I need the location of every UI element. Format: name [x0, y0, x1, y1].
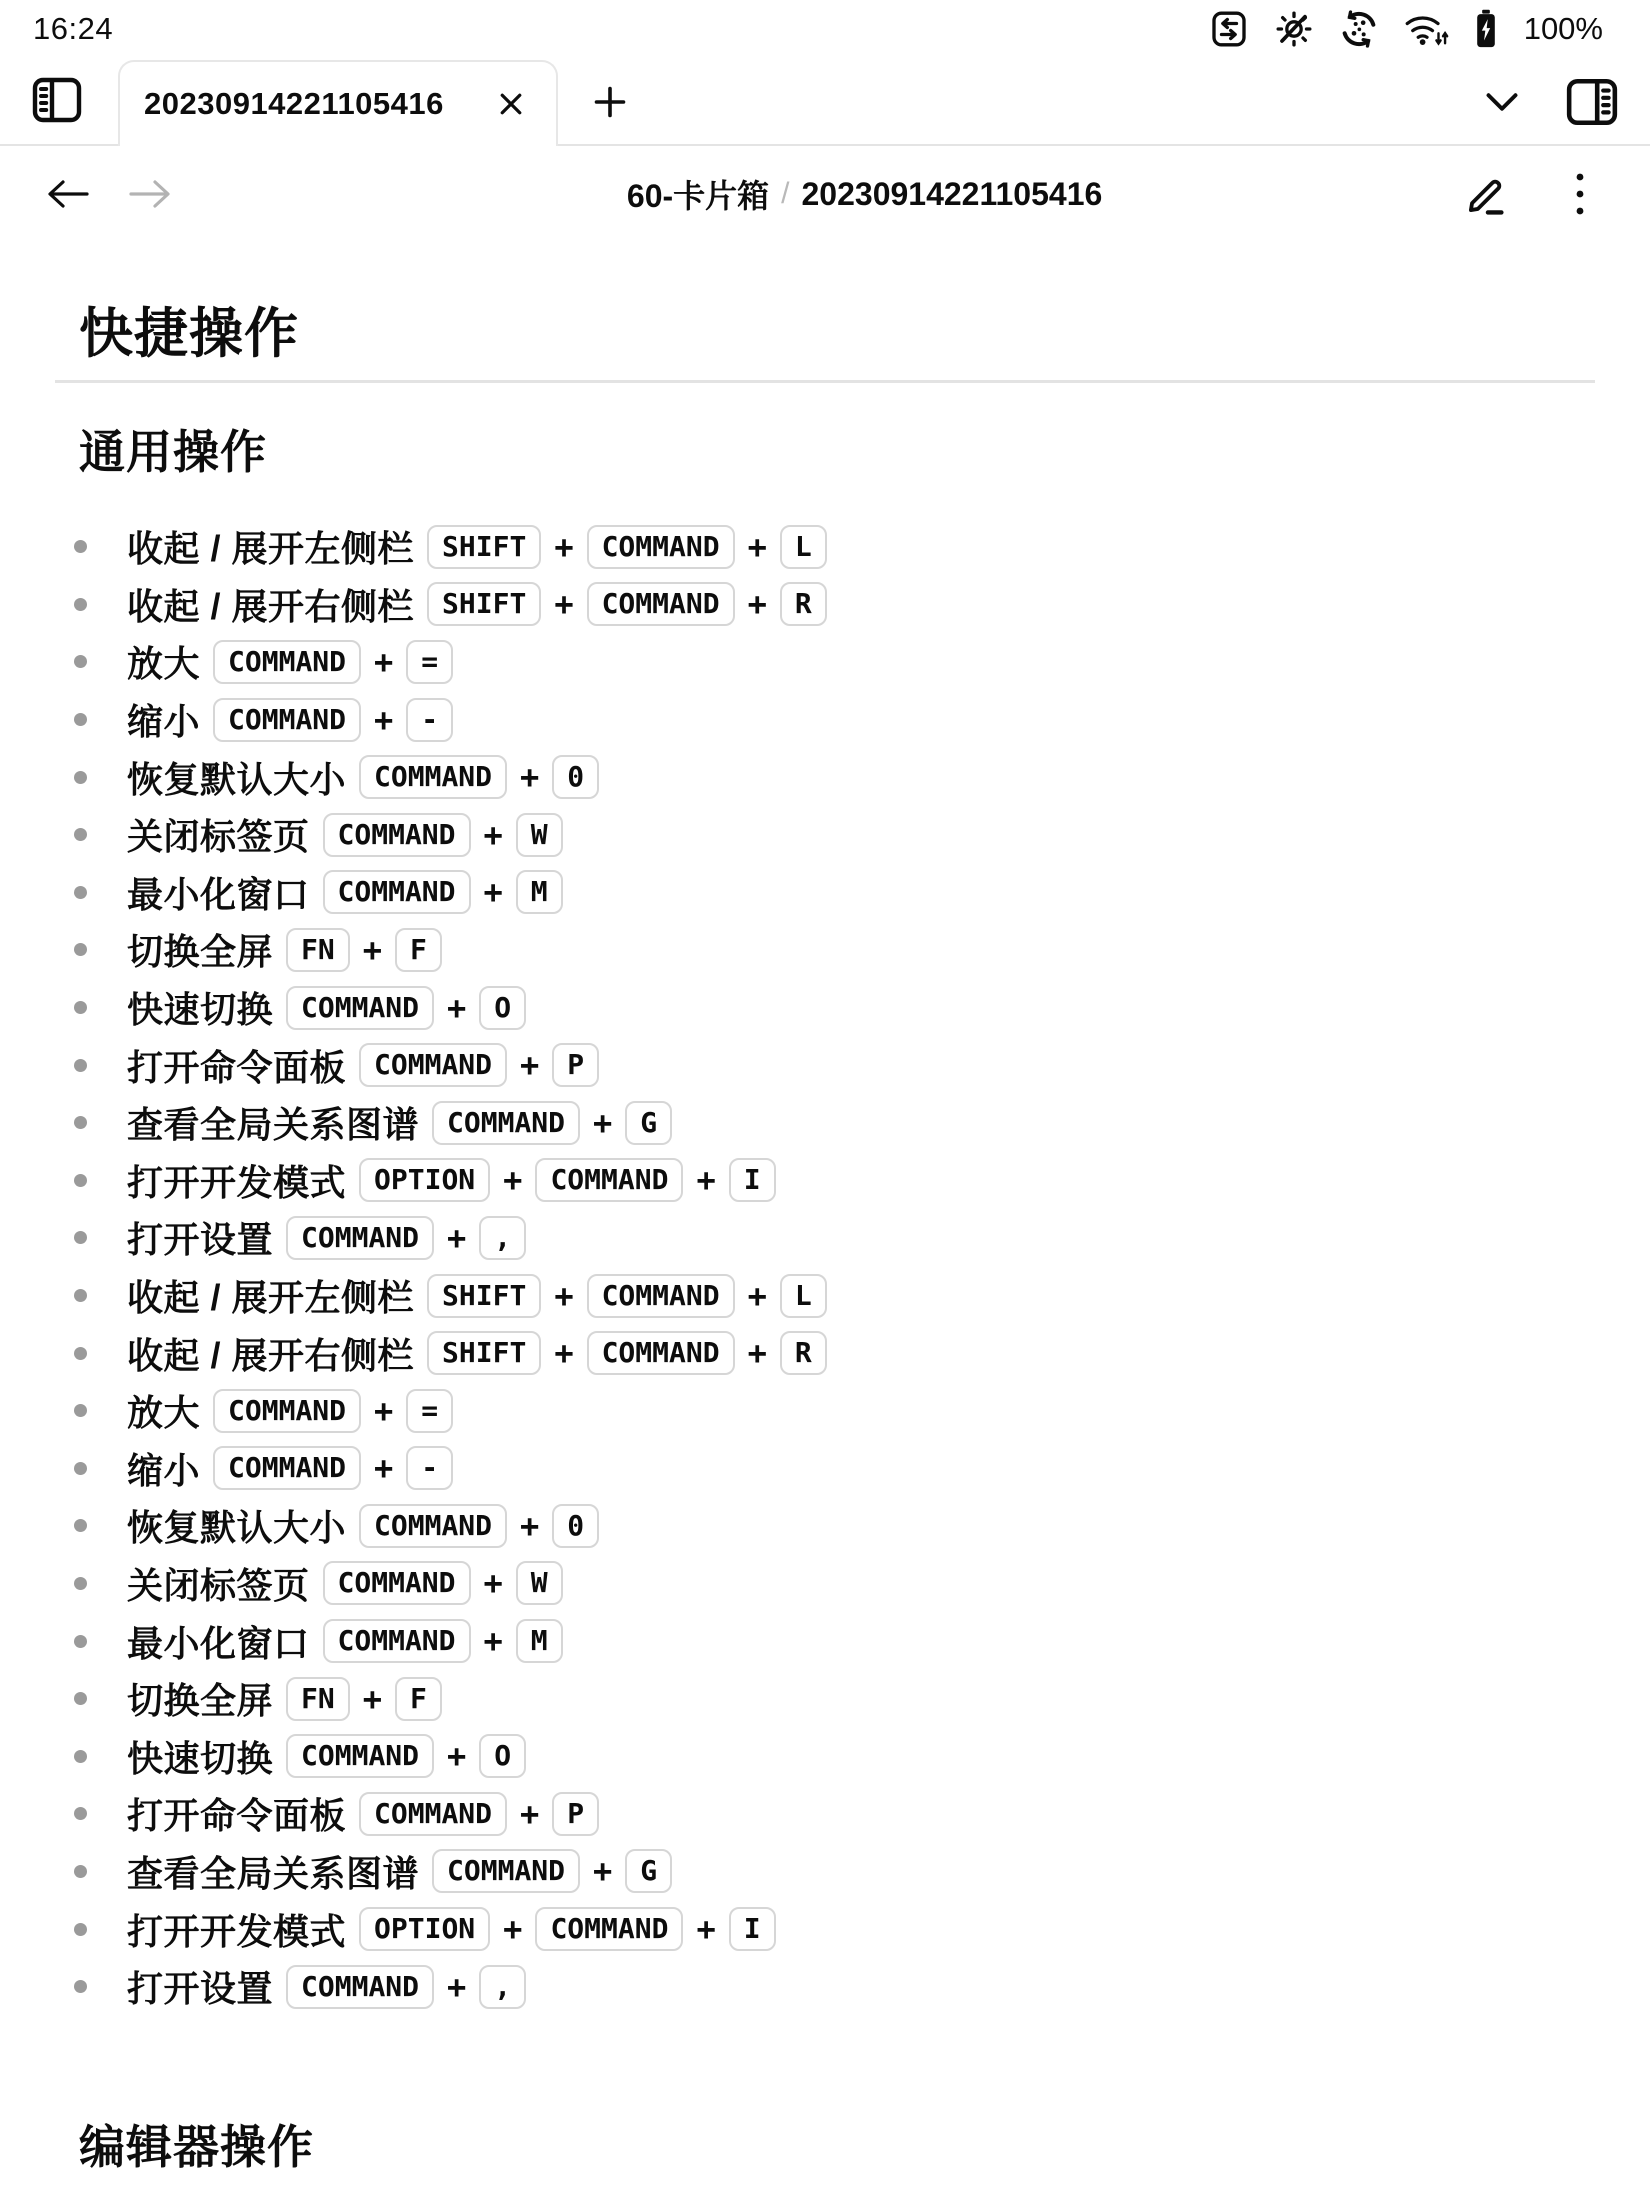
shortcut-label: 快速切换: [127, 982, 273, 1033]
plus-separator: +: [520, 1507, 539, 1545]
key-chip: COMMAND: [587, 525, 735, 569]
shortcut-label: 关闭标签页: [127, 1558, 310, 1609]
plus-separator: +: [554, 1277, 573, 1315]
shortcut-item: 最小化窗口COMMAND+M: [55, 864, 1595, 922]
shortcut-item: 放大COMMAND+=: [55, 1382, 1595, 1440]
key-chip: SHIFT: [427, 1331, 541, 1375]
key-chip: COMMAND: [359, 1792, 507, 1836]
shortcut-label: 放大: [127, 636, 200, 687]
status-icons: 100%: [1209, 9, 1603, 49]
shortcut-label: 打开开发模式: [127, 1904, 346, 1955]
section-heading: 通用操作: [79, 426, 1595, 478]
plus-separator: +: [484, 816, 503, 854]
shortcut-item: 打开设置COMMAND+,: [55, 1958, 1595, 2016]
edit-button[interactable]: [1461, 168, 1513, 220]
shortcut-label: 收起 / 展开左侧栏: [127, 521, 414, 572]
breadcrumb-notebook[interactable]: 60-卡片箱: [627, 171, 769, 217]
key-chip: ,: [479, 1965, 526, 2009]
tab-close-button[interactable]: [488, 81, 534, 127]
battery-percent: 100%: [1524, 11, 1603, 47]
shortcut-item: 缩小COMMAND+-: [55, 1440, 1595, 1498]
key-chip: I: [729, 1158, 776, 1202]
key-chip: COMMAND: [359, 1504, 507, 1548]
shortcut-item: 收起 / 展开左侧栏SHIFT+COMMAND+L: [55, 1267, 1595, 1325]
key-chip: R: [780, 1331, 827, 1375]
key-chip: M: [516, 1619, 563, 1663]
plus-separator: +: [374, 643, 393, 681]
key-chip: O: [479, 986, 526, 1030]
toggle-right-sidebar-button[interactable]: [1564, 74, 1620, 130]
breadcrumb-separator: /: [781, 177, 789, 211]
key-chip: COMMAND: [535, 1158, 683, 1202]
key-chip: ,: [479, 1216, 526, 1260]
shortcut-item: 放大COMMAND+=: [55, 633, 1595, 691]
shortcut-label: 缩小: [127, 694, 200, 745]
plus-separator: +: [503, 1161, 522, 1199]
tab-menu-button[interactable]: [1480, 82, 1524, 122]
sidebar-right-icon: [1565, 77, 1619, 127]
plus-separator: +: [593, 1852, 612, 1890]
plus-separator: +: [748, 585, 767, 623]
status-bar: 16:24: [0, 0, 1650, 52]
key-chip: G: [625, 1849, 672, 1893]
plus-separator: +: [447, 1968, 466, 2006]
shortcut-label: 收起 / 展开左侧栏: [127, 1270, 414, 1321]
key-chip: SHIFT: [427, 582, 541, 626]
shortcut-label: 打开设置: [127, 1961, 273, 2012]
sidebar-left-icon: [31, 76, 83, 124]
breadcrumb-document[interactable]: 20230914221105416: [802, 176, 1103, 213]
shortcut-item: 恢复默认大小COMMAND+0: [55, 748, 1595, 806]
battery-charging-icon: [1475, 9, 1497, 49]
key-chip: FN: [286, 928, 350, 972]
plus-separator: +: [447, 1737, 466, 1775]
key-chip: I: [729, 1907, 776, 1951]
shortcut-label: 打开命令面板: [127, 1040, 346, 1091]
plus-separator: +: [520, 758, 539, 796]
key-chip: P: [552, 1792, 599, 1836]
shortcut-label: 打开命令面板: [127, 1788, 346, 1839]
tab-bar: 20230914221105416: [0, 52, 1650, 146]
shortcut-label: 切换全屏: [127, 1673, 273, 1724]
plus-separator: +: [554, 528, 573, 566]
more-menu-button[interactable]: [1565, 168, 1595, 220]
doc-section: 通用操作收起 / 展开左侧栏SHIFT+COMMAND+L收起 / 展开右侧栏S…: [55, 426, 1595, 2015]
document-sections: 通用操作收起 / 展开左侧栏SHIFT+COMMAND+L收起 / 展开右侧栏S…: [55, 426, 1595, 2173]
plus-separator: +: [447, 1219, 466, 1257]
shortcut-label: 放大: [127, 1385, 200, 1436]
shortcut-label: 关闭标签页: [127, 809, 310, 860]
shortcut-item: 收起 / 展开左侧栏SHIFT+COMMAND+L: [55, 518, 1595, 576]
shortcut-label: 收起 / 展开右侧栏: [127, 579, 414, 630]
shortcut-label: 查看全局关系图谱: [127, 1097, 419, 1148]
key-chip: P: [552, 1043, 599, 1087]
shortcut-label: 打开开发模式: [127, 1155, 346, 1206]
plus-separator: +: [484, 1564, 503, 1602]
shortcut-item: 切换全屏FN+F: [55, 921, 1595, 979]
shortcut-label: 恢复默认大小: [127, 1500, 346, 1551]
doc-section: 编辑器操作: [55, 2121, 1595, 2173]
key-chip: -: [406, 698, 453, 742]
key-chip: L: [780, 1274, 827, 1318]
forward-arrow-icon: [127, 177, 173, 211]
key-chip: COMMAND: [323, 1619, 471, 1663]
shortcut-item: 快速切换COMMAND+O: [55, 979, 1595, 1037]
shortcut-item: 查看全局关系图谱COMMAND+G: [55, 1094, 1595, 1152]
more-vertical-icon: [1574, 171, 1586, 217]
key-chip: 0: [552, 755, 599, 799]
key-chip: =: [406, 1389, 453, 1433]
key-chip: COMMAND: [359, 755, 507, 799]
plus-icon: [592, 84, 628, 120]
key-chip: O: [479, 1734, 526, 1778]
key-chip: OPTION: [359, 1158, 490, 1202]
shortcut-item: 关闭标签页COMMAND+W: [55, 806, 1595, 864]
refresh-mode-icon: [1339, 9, 1379, 49]
plus-separator: +: [593, 1104, 612, 1142]
toggle-left-sidebar-button[interactable]: [30, 70, 84, 130]
key-chip: COMMAND: [213, 640, 361, 684]
shortcut-label: 缩小: [127, 1443, 200, 1494]
key-chip: -: [406, 1446, 453, 1490]
plus-separator: +: [748, 1277, 767, 1315]
clock: 16:24: [33, 11, 113, 47]
shortcut-item: 打开命令面板COMMAND+P: [55, 1785, 1595, 1843]
key-chip: FN: [286, 1677, 350, 1721]
key-chip: COMMAND: [286, 986, 434, 1030]
plus-separator: +: [696, 1910, 715, 1948]
plus-separator: +: [748, 1334, 767, 1372]
shortcut-label: 恢复默认大小: [127, 752, 346, 803]
forward-button[interactable]: [126, 174, 174, 214]
key-chip: G: [625, 1101, 672, 1145]
breadcrumb[interactable]: 60-卡片箱 / 20230914221105416: [627, 171, 1102, 217]
key-chip: COMMAND: [213, 1446, 361, 1490]
shortcut-item: 收起 / 展开右侧栏SHIFT+COMMAND+R: [55, 1324, 1595, 1382]
plus-separator: +: [554, 1334, 573, 1372]
key-chip: W: [516, 1561, 563, 1605]
key-chip: 0: [552, 1504, 599, 1548]
key-chip: COMMAND: [286, 1965, 434, 2009]
key-chip: COMMAND: [432, 1101, 580, 1145]
shortcut-label: 最小化窗口: [127, 867, 310, 918]
shortcut-label: 切换全屏: [127, 924, 273, 975]
plus-separator: +: [520, 1046, 539, 1084]
new-tab-button[interactable]: [584, 76, 636, 128]
shortcut-label: 最小化窗口: [127, 1616, 310, 1667]
plus-separator: +: [374, 1392, 393, 1430]
key-chip: R: [780, 582, 827, 626]
shortcut-item: 打开开发模式OPTION+COMMAND+I: [55, 1152, 1595, 1210]
key-chip: COMMAND: [213, 698, 361, 742]
back-arrow-icon: [45, 177, 91, 211]
brightness-off-icon: [1274, 9, 1314, 49]
plus-separator: +: [696, 1161, 715, 1199]
key-chip: COMMAND: [587, 1331, 735, 1375]
key-chip: F: [395, 928, 442, 972]
plus-separator: +: [748, 528, 767, 566]
wifi-icon: [1404, 9, 1450, 49]
back-button[interactable]: [44, 174, 92, 214]
key-chip: COMMAND: [587, 1274, 735, 1318]
shortcut-item: 关闭标签页COMMAND+W: [55, 1555, 1595, 1613]
key-chip: W: [516, 813, 563, 857]
data-transfer-icon: [1209, 9, 1249, 49]
tab-title: 20230914221105416: [144, 86, 478, 122]
key-chip: COMMAND: [323, 870, 471, 914]
close-icon: [496, 89, 526, 119]
key-chip: COMMAND: [213, 1389, 361, 1433]
key-chip: SHIFT: [427, 525, 541, 569]
key-chip: SHIFT: [427, 1274, 541, 1318]
edit-pen-icon: [1464, 171, 1510, 217]
plus-separator: +: [520, 1795, 539, 1833]
shortcut-item: 打开开发模式OPTION+COMMAND+I: [55, 1900, 1595, 1958]
plus-separator: +: [374, 701, 393, 739]
plus-separator: +: [447, 989, 466, 1027]
shortcut-item: 快速切换COMMAND+O: [55, 1727, 1595, 1785]
shortcut-label: 快速切换: [127, 1731, 273, 1782]
key-chip: COMMAND: [286, 1734, 434, 1778]
shortcut-item: 查看全局关系图谱COMMAND+G: [55, 1843, 1595, 1901]
shortcut-item: 打开命令面板COMMAND+P: [55, 1036, 1595, 1094]
shortcut-item: 打开设置COMMAND+,: [55, 1209, 1595, 1267]
shortcut-item: 切换全屏FN+F: [55, 1670, 1595, 1728]
shortcut-item: 缩小COMMAND+-: [55, 691, 1595, 749]
key-chip: COMMAND: [286, 1216, 434, 1260]
key-chip: COMMAND: [535, 1907, 683, 1951]
plus-separator: +: [554, 585, 573, 623]
key-chip: OPTION: [359, 1907, 490, 1951]
key-chip: COMMAND: [323, 813, 471, 857]
shortcut-label: 查看全局关系图谱: [127, 1846, 419, 1897]
shortcut-list: 收起 / 展开左侧栏SHIFT+COMMAND+L收起 / 展开右侧栏SHIFT…: [55, 518, 1595, 2015]
title-divider: [55, 380, 1595, 383]
plus-separator: +: [484, 1622, 503, 1660]
key-chip: L: [780, 525, 827, 569]
key-chip: COMMAND: [359, 1043, 507, 1087]
plus-separator: +: [484, 873, 503, 911]
key-chip: COMMAND: [323, 1561, 471, 1605]
plus-separator: +: [503, 1910, 522, 1948]
plus-separator: +: [374, 1449, 393, 1487]
shortcut-item: 恢复默认大小COMMAND+0: [55, 1497, 1595, 1555]
shortcut-item: 收起 / 展开右侧栏SHIFT+COMMAND+R: [55, 576, 1595, 634]
shortcut-label: 收起 / 展开右侧栏: [127, 1328, 414, 1379]
shortcut-label: 打开设置: [127, 1212, 273, 1263]
shortcut-item: 最小化窗口COMMAND+M: [55, 1612, 1595, 1670]
plus-separator: +: [363, 931, 382, 969]
key-chip: COMMAND: [432, 1849, 580, 1893]
key-chip: COMMAND: [587, 582, 735, 626]
key-chip: =: [406, 640, 453, 684]
plus-separator: +: [363, 1680, 382, 1718]
section-heading: 编辑器操作: [79, 2121, 1595, 2173]
nav-bar: 60-卡片箱 / 20230914221105416: [0, 146, 1650, 242]
key-chip: M: [516, 870, 563, 914]
document-title: 快捷操作: [79, 304, 1595, 364]
tab-active[interactable]: 20230914221105416: [118, 60, 558, 146]
document-body: 快捷操作 通用操作收起 / 展开左侧栏SHIFT+COMMAND+L收起 / 展…: [0, 304, 1650, 2173]
key-chip: F: [395, 1677, 442, 1721]
chevron-down-icon: [1484, 91, 1520, 113]
